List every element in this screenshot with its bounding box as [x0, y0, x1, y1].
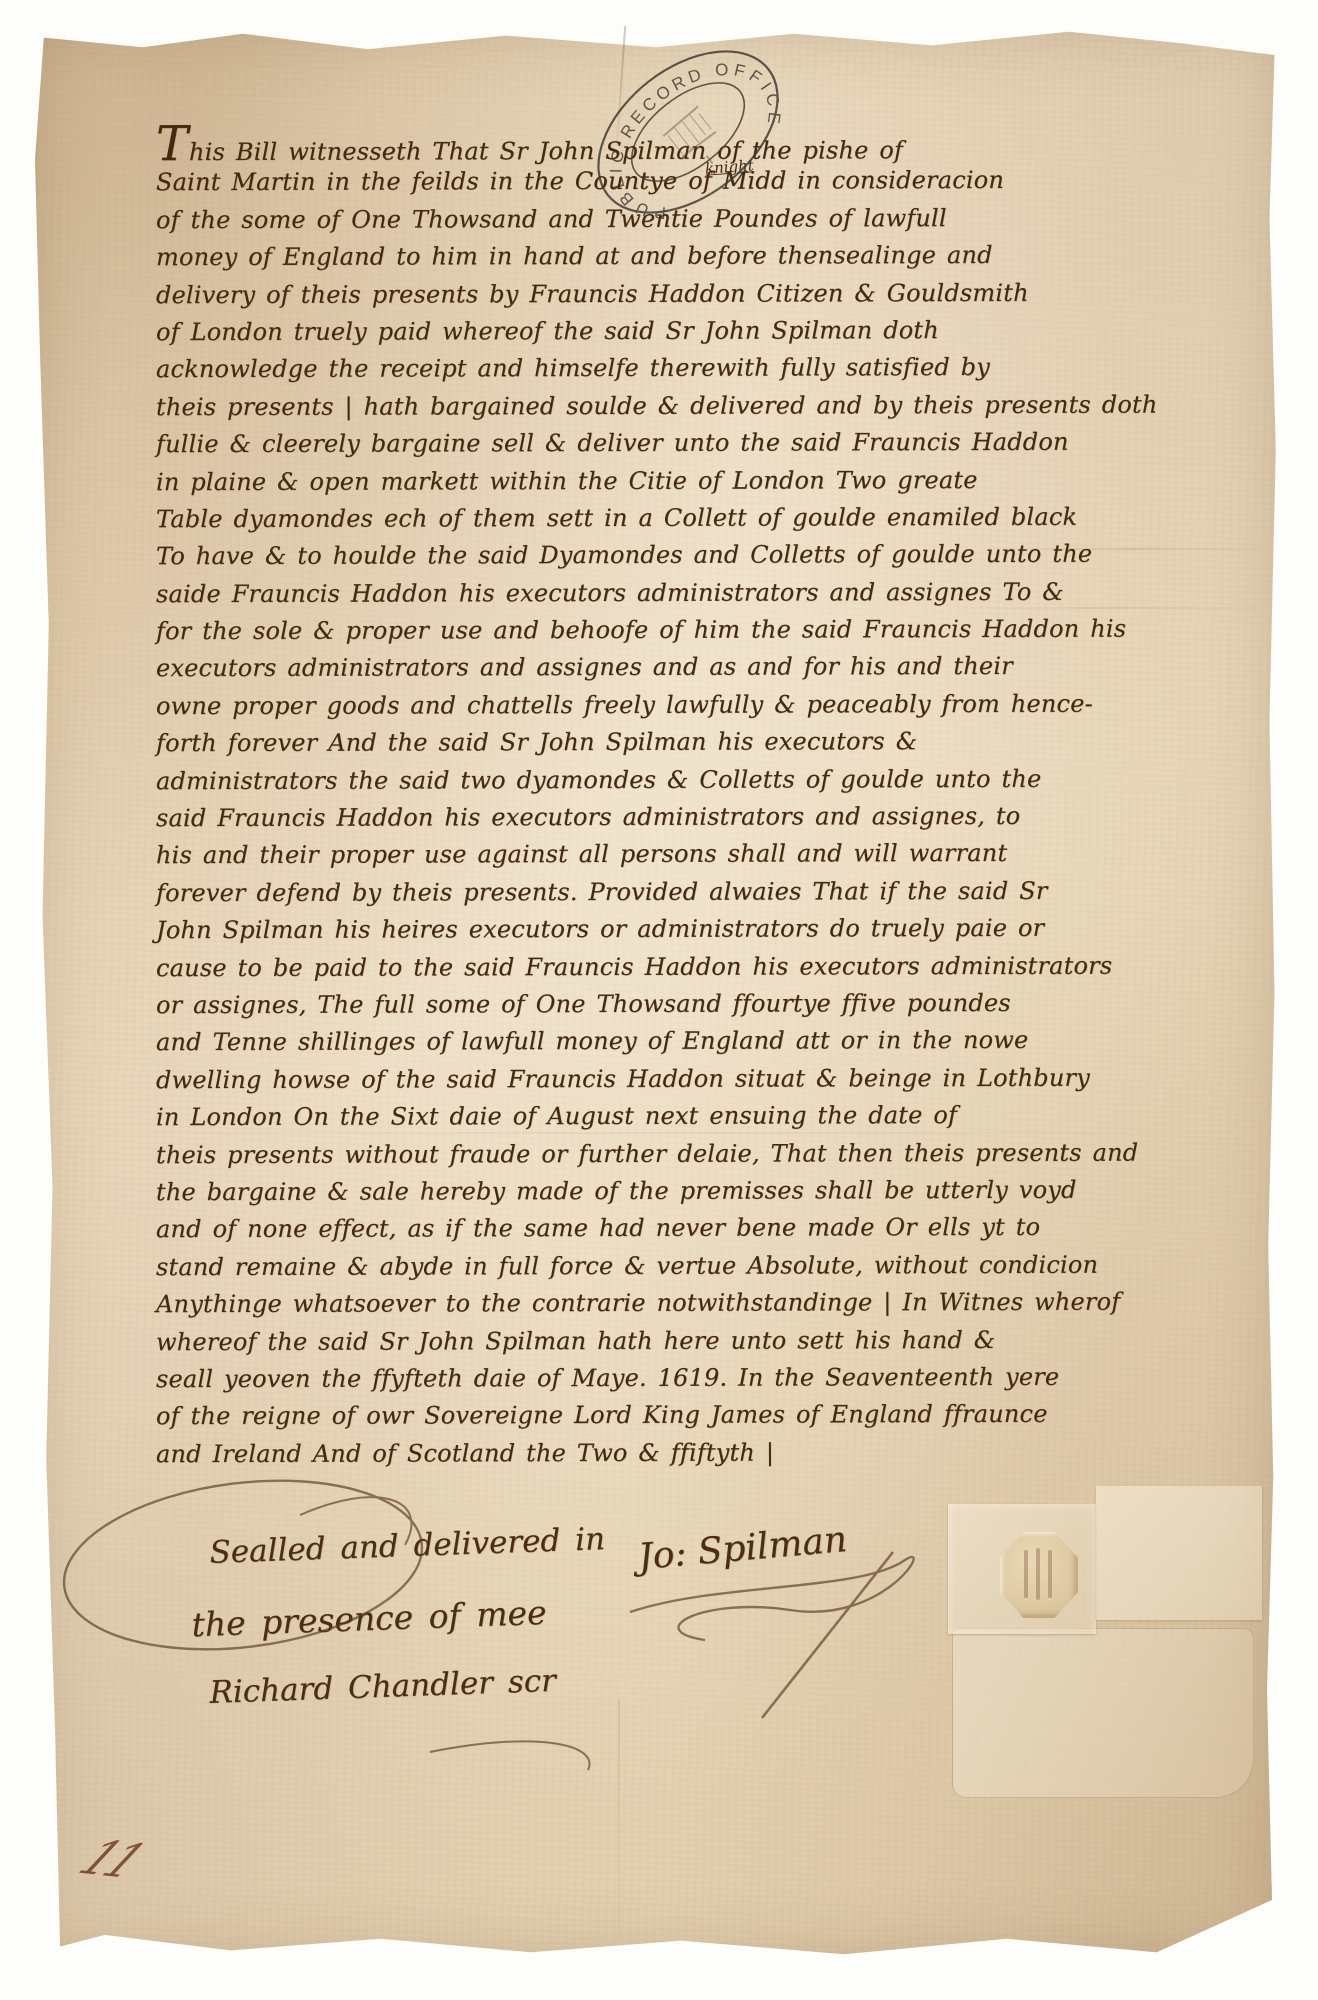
folded-corner — [952, 1628, 1254, 1798]
manuscript-line: stand remaine & abyde in full force & ve… — [156, 1251, 1036, 1291]
manuscript-line: and Ireland And of Scotland the Two & ff… — [156, 1438, 1036, 1478]
manuscript-line: This Bill witnesseth That Sr John Spilma… — [156, 129, 1036, 169]
manuscript-line: and Tenne shillinges of lawfull money of… — [156, 1026, 1036, 1066]
manuscript-line: forever defend by theis presents. Provid… — [156, 877, 1036, 917]
witness-clause: Sealled and delivered inthe presence of … — [210, 1528, 606, 1738]
paper-patch — [1096, 1486, 1262, 1620]
manuscript-line: John Spilman his heires executors or adm… — [156, 914, 1036, 954]
manuscript-line: his and their proper use against all per… — [156, 839, 1036, 879]
manuscript-line: or assignes, The full some of One Thowsa… — [156, 989, 1036, 1029]
manuscript-line: of London truely paid whereof the said S… — [156, 316, 1036, 356]
manuscript-line: the bargaine & sale hereby made of the p… — [156, 1176, 1036, 1216]
manuscript-line: owne proper goods and chattells freely l… — [156, 690, 1036, 730]
manuscript-line: acknowledge the receipt and himselfe the… — [156, 353, 1036, 393]
manuscript-line: theis presents without fraude or further… — [156, 1138, 1036, 1178]
manuscript-line: forth forever And the said Sr John Spilm… — [156, 727, 1036, 767]
manuscript-line: saide Frauncis Haddon his executors admi… — [156, 578, 1036, 618]
manuscript-line: Saint Martin in the feilds in the County… — [156, 166, 1036, 206]
manuscript-line: administrators the said two dyamondes & … — [156, 764, 1036, 804]
manuscript-line: of the some of One Thowsand and Twentie … — [156, 204, 1036, 244]
manuscript-line: Table dyamondes ech of them sett in a Co… — [156, 503, 1036, 543]
manuscript-line: delivery of theis presents by Frauncis H… — [156, 278, 1036, 318]
witness-line: Richard Chandler scr — [209, 1661, 607, 1745]
manuscript-line: in plaine & open markett within the Citi… — [156, 465, 1036, 505]
interlined-word: knight — [704, 156, 754, 177]
manuscript-line: and of none effect, as if the same had n… — [156, 1213, 1036, 1253]
manuscript-line: said Frauncis Haddon his executors admin… — [156, 802, 1036, 842]
photograph-background: PUBLIC RECORD OFFICE This Bill witnesset… — [0, 0, 1318, 2000]
manuscript-line: theis presents | hath bargained soulde &… — [156, 391, 1036, 431]
manuscript-line: Anythinge whatsoever to the contrarie no… — [156, 1288, 1036, 1328]
manuscript-line: money of England to him in hand at and b… — [156, 241, 1036, 281]
fold-crease — [618, 1700, 620, 1940]
manuscript-line: seall yeoven the ffyfteth daie of Maye. … — [156, 1363, 1036, 1403]
manuscript-body: This Bill witnesseth That Sr John Spilma… — [156, 130, 1036, 1476]
manuscript-line: To have & to houlde the said Dyamondes a… — [156, 540, 1036, 580]
manuscript-line: cause to be paid to the said Frauncis Ha… — [156, 951, 1036, 991]
manuscript-line: in London On the Sixt daie of August nex… — [156, 1101, 1036, 1141]
manuscript-line: of the reigne of owr Sovereigne Lord Kin… — [156, 1400, 1036, 1440]
manuscript-line: fullie & cleerely bargaine sell & delive… — [156, 428, 1036, 468]
manuscript-line: whereof the said Sr John Spilman hath he… — [156, 1325, 1036, 1365]
manuscript-line: executors administrators and assignes an… — [156, 652, 1036, 692]
manuscript-line: dwelling howse of the said Frauncis Hadd… — [156, 1064, 1036, 1104]
manuscript-line: for the sole & proper use and behoofe of… — [156, 615, 1036, 655]
